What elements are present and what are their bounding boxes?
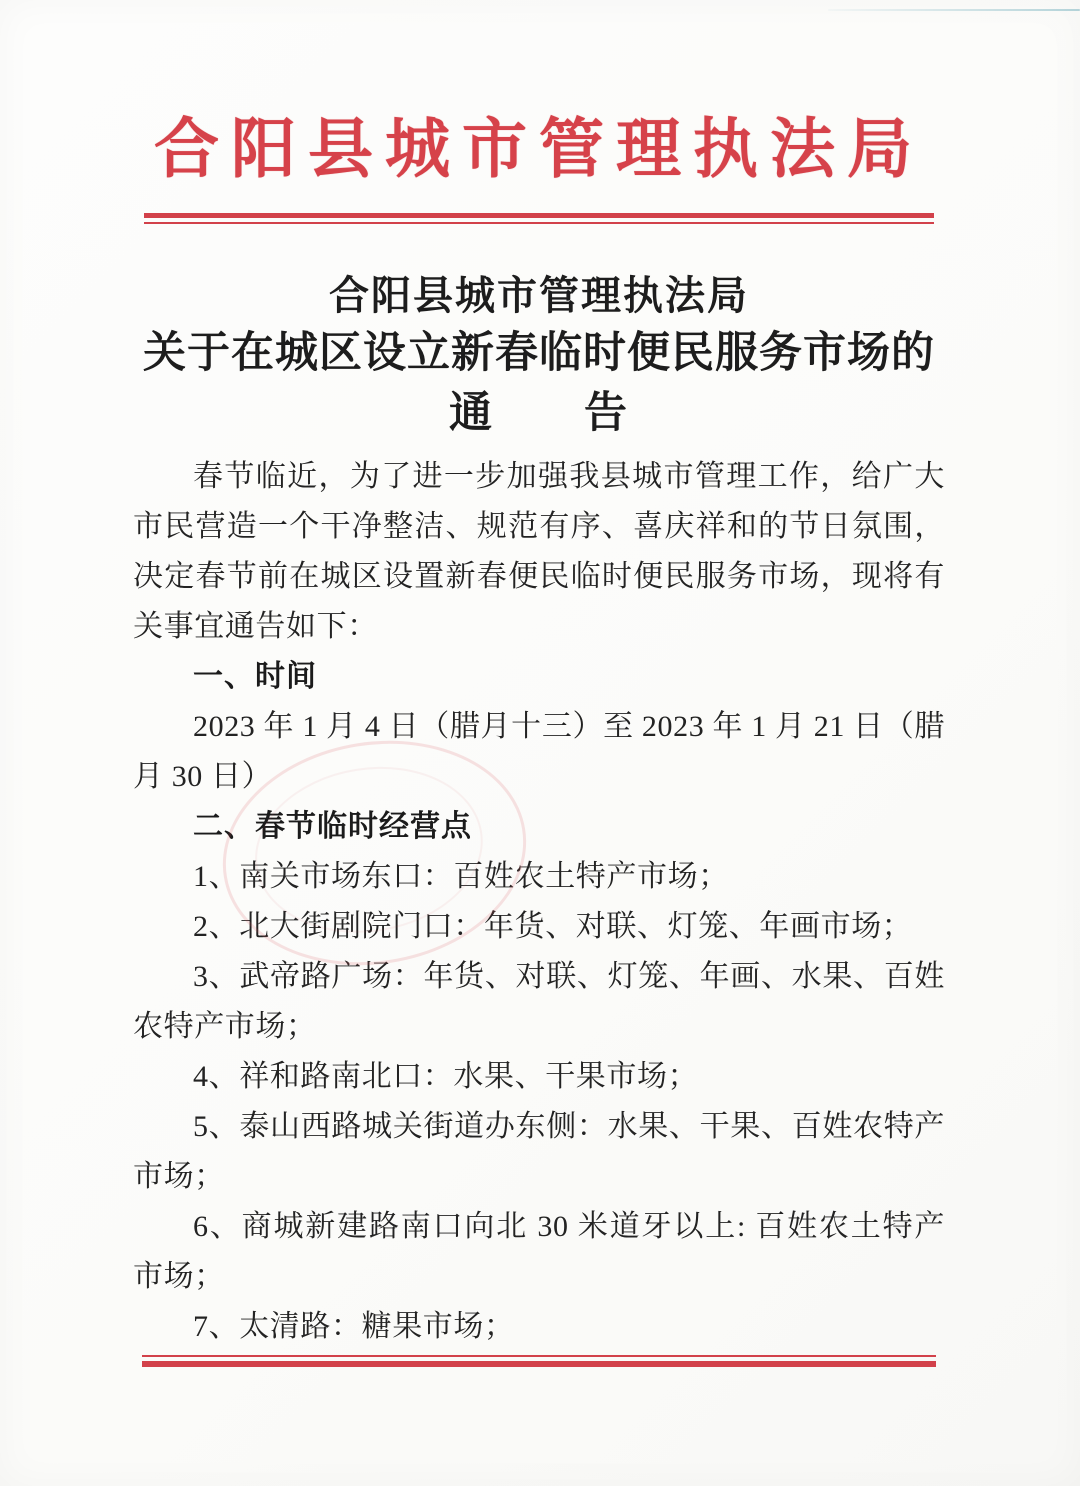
notice-content: 合阳县城市管理执法局 合阳县城市管理执法局 关于在城区设立新春临时便民服务市场的… <box>0 110 1080 1367</box>
market-item: 3、武帝路广场：年货、对联、灯笼、年画、水果、百姓农特产市场； <box>133 952 945 1052</box>
market-item: 5、泰山西路城关街道办东侧：水果、干果、百姓农特产市场； <box>133 1102 945 1202</box>
market-item: 2、北大街剧院门口：年货、对联、灯笼、年画市场； <box>133 902 945 952</box>
letterhead-title: 合阳县城市管理执法局 <box>133 110 945 191</box>
intro-paragraph: 春节临近，为了进一步加强我县城市管理工作，给广大市民营造一个干净整洁、规范有序、… <box>133 452 945 652</box>
title-line-1: 合阳县城市管理执法局 <box>133 268 945 324</box>
letterhead-double-rule <box>144 213 934 224</box>
market-item: 4、祥和路南北口：水果、干果市场； <box>133 1052 945 1102</box>
market-item: 6、商城新建路南口向北 30 米道牙以上: 百姓农土特产市场； <box>133 1202 945 1302</box>
section-2-heading: 二、春节临时经营点 <box>133 802 945 852</box>
market-item: 1、南关市场东口：百姓农土特产市场； <box>133 852 945 902</box>
scan-artifact-line <box>828 9 1080 11</box>
rule-thick-line <box>142 1361 936 1367</box>
section-1-heading: 一、时间 <box>133 652 945 702</box>
rule-thin-line <box>144 222 934 224</box>
notice-body: 春节临近，为了进一步加强我县城市管理工作，给广大市民营造一个干净整洁、规范有序、… <box>133 452 945 1352</box>
document-title: 合阳县城市管理执法局 关于在城区设立新春临时便民服务市场的 通 告 <box>133 268 945 444</box>
title-line-3: 通 告 <box>133 384 945 444</box>
section-1-body: 2023 年 1 月 4 日（腊月十三）至 2023 年 1 月 21 日（腊月… <box>133 702 945 802</box>
title-line-2: 关于在城区设立新春临时便民服务市场的 <box>133 324 945 384</box>
market-item: 7、太清路：糖果市场； <box>133 1302 945 1352</box>
document-page: 合阳县城市管理执法局 合阳县城市管理执法局 关于在城区设立新春临时便民服务市场的… <box>0 0 1080 1486</box>
footer-double-rule <box>142 1355 936 1367</box>
